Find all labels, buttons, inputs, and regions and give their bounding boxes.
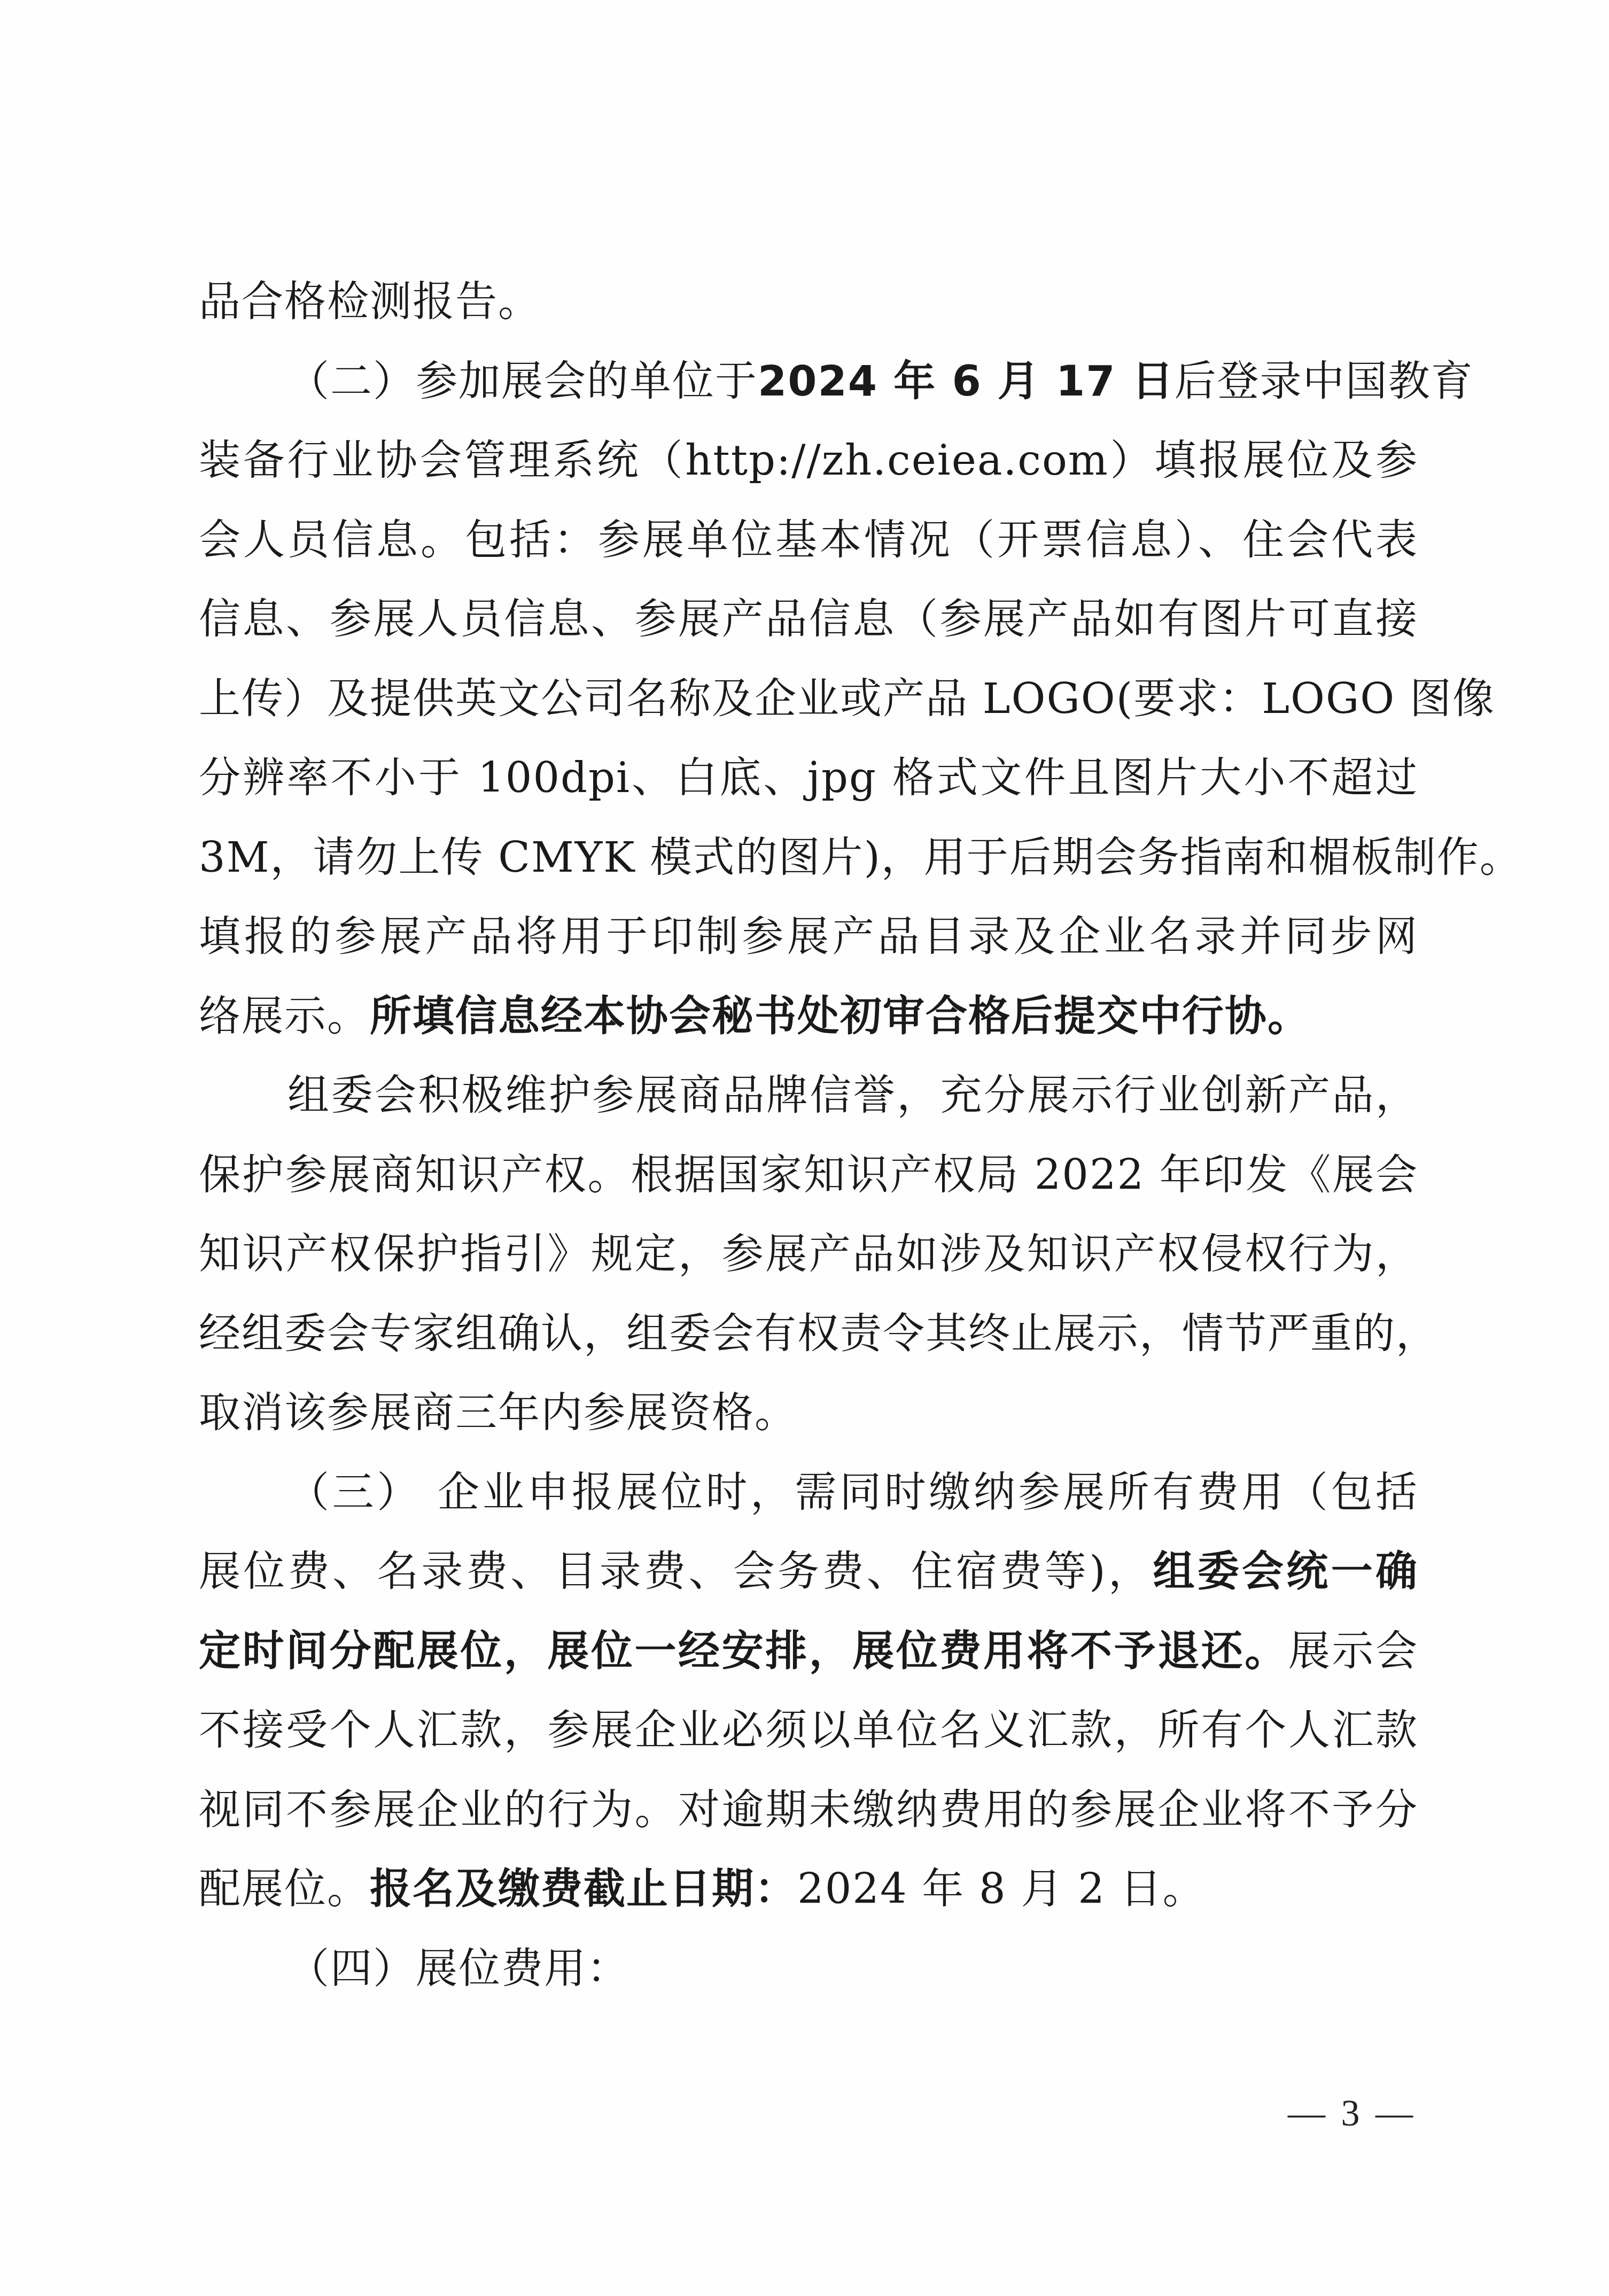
body-text-segment: 展示会 (1288, 1627, 1418, 1676)
body-text-segment: 会人员信息。包括：参展单位基本情况（开票信息）、住会代表 (199, 516, 1418, 564)
emphasized-text: 2024 年 6 月 17 日 (758, 358, 1175, 406)
body-text-segment: 装备行业协会管理系统（http://zh.ceiea.com）填报展位及参 (199, 437, 1418, 485)
body-text-segment: 后登录中国教育 (1175, 358, 1474, 406)
body-text-segment: 知识产权保护指引》规定，参展产品如涉及知识产权侵权行为， (199, 1230, 1418, 1278)
body-text-segment: 不接受个人汇款，参展企业必须以单位名义汇款，所有个人汇款 (199, 1707, 1418, 1755)
body-text-segment: 经组委会专家组确认，组委会有权责令其终止展示，情节严重的， (199, 1310, 1439, 1358)
body-text-segment: 信息、参展人员信息、参展产品信息（参展产品如有图片可直接 (199, 595, 1418, 643)
text-line: （三） 企业申报展位时，需同时缴纳参展所有费用（包括 (199, 1461, 1418, 1540)
body-text-segment: 保护参展商知识产权。根据国家知识产权局 2022 年印发《展会 (199, 1151, 1418, 1199)
document-body: 品合格检测报告。（二）参加展会的单位于2024 年 6 月 17 日后登录中国教… (199, 270, 1418, 2016)
body-text-segment: 品合格检测报告。 (199, 278, 541, 326)
text-line: 填报的参展产品将用于印制参展产品目录及企业名录并同步网 (199, 905, 1418, 984)
text-line: 络展示。所填信息经本协会秘书处初审合格后提交中行协。 (199, 984, 1418, 1064)
text-line: 组委会积极维护参展商品牌信誉，充分展示行业创新产品， (199, 1064, 1418, 1143)
text-line: 保护参展商知识产权。根据国家知识产权局 2022 年印发《展会 (199, 1143, 1418, 1223)
text-line: 定时间分配展位，展位一经安排，展位费用将不予退还。展示会 (199, 1619, 1418, 1699)
body-text-segment: 取消该参展商三年内参展资格。 (199, 1389, 797, 1437)
text-line: （四）展位费用： (199, 1937, 1418, 2016)
text-line: 上传）及提供英文公司名称及企业或产品 LOGO(要求：LOGO 图像 (199, 667, 1418, 747)
body-text-segment: 组委会积极维护参展商品牌信誉，充分展示行业创新产品， (287, 1072, 1418, 1120)
text-line: 经组委会专家组确认，组委会有权责令其终止展示，情节严重的， (199, 1302, 1418, 1382)
text-line: 取消该参展商三年内参展资格。 (199, 1381, 1418, 1461)
body-text-segment: 络展示。 (199, 992, 370, 1041)
text-line: 品合格检测报告。 (199, 270, 1418, 350)
text-line: 会人员信息。包括：参展单位基本情况（开票信息）、住会代表 (199, 508, 1418, 588)
text-line: 知识产权保护指引》规定，参展产品如涉及知识产权侵权行为， (199, 1222, 1418, 1302)
page-number: — 3 — (1285, 2087, 1419, 2140)
emphasized-text: 组委会统一确 (1153, 1548, 1418, 1596)
body-text-segment: （三） 企业申报展位时，需同时缴纳参展所有费用（包括 (287, 1469, 1418, 1517)
text-line: 分辨率不小于 100dpi、白底、jpg 格式文件且图片大小不超过 (199, 746, 1418, 826)
body-text-segment: （四）展位费用： (287, 1945, 629, 1993)
emphasized-text: 报名及缴费截止日期： (370, 1865, 797, 1913)
text-line: 展位费、名录费、目录费、会务费、住宿费等)，组委会统一确 (199, 1540, 1418, 1619)
text-line: 装备行业协会管理系统（http://zh.ceiea.com）填报展位及参 (199, 429, 1418, 508)
body-text-segment: 填报的参展产品将用于印制参展产品目录及企业名录并同步网 (199, 913, 1418, 961)
body-text-segment: 配展位。 (199, 1865, 370, 1913)
text-line: （二）参加展会的单位于2024 年 6 月 17 日后登录中国教育 (199, 350, 1418, 429)
body-text-segment: 分辨率不小于 100dpi、白底、jpg 格式文件且图片大小不超过 (199, 754, 1418, 802)
text-line: 不接受个人汇款，参展企业必须以单位名义汇款，所有个人汇款 (199, 1698, 1418, 1778)
body-text-segment: 视同不参展企业的行为。对逾期未缴纳费用的参展企业将不予分 (199, 1786, 1418, 1834)
body-text-segment: （二）参加展会的单位于 (287, 358, 758, 406)
body-text-segment: 2024 年 8 月 2 日。 (797, 1865, 1206, 1913)
text-line: 视同不参展企业的行为。对逾期未缴纳费用的参展企业将不予分 (199, 1778, 1418, 1858)
body-text-segment: 上传）及提供英文公司名称及企业或产品 LOGO(要求：LOGO 图像 (199, 675, 1495, 723)
text-line: 3M，请勿上传 CMYK 模式的图片)，用于后期会务指南和楣板制作。 (199, 826, 1418, 905)
emphasized-text: 所填信息经本协会秘书处初审合格后提交中行协。 (370, 992, 1310, 1041)
text-line: 配展位。报名及缴费截止日期：2024 年 8 月 2 日。 (199, 1857, 1418, 1937)
body-text-segment: 展位费、名录费、目录费、会务费、住宿费等)， (199, 1548, 1153, 1596)
emphasized-text: 定时间分配展位，展位一经安排，展位费用将不予退还。 (199, 1627, 1288, 1676)
body-text-segment: 3M，请勿上传 CMYK 模式的图片)，用于后期会务指南和楣板制作。 (199, 834, 1522, 882)
document-page: 品合格检测报告。（二）参加展会的单位于2024 年 6 月 17 日后登录中国教… (0, 0, 1609, 2296)
text-line: 信息、参展人员信息、参展产品信息（参展产品如有图片可直接 (199, 587, 1418, 667)
